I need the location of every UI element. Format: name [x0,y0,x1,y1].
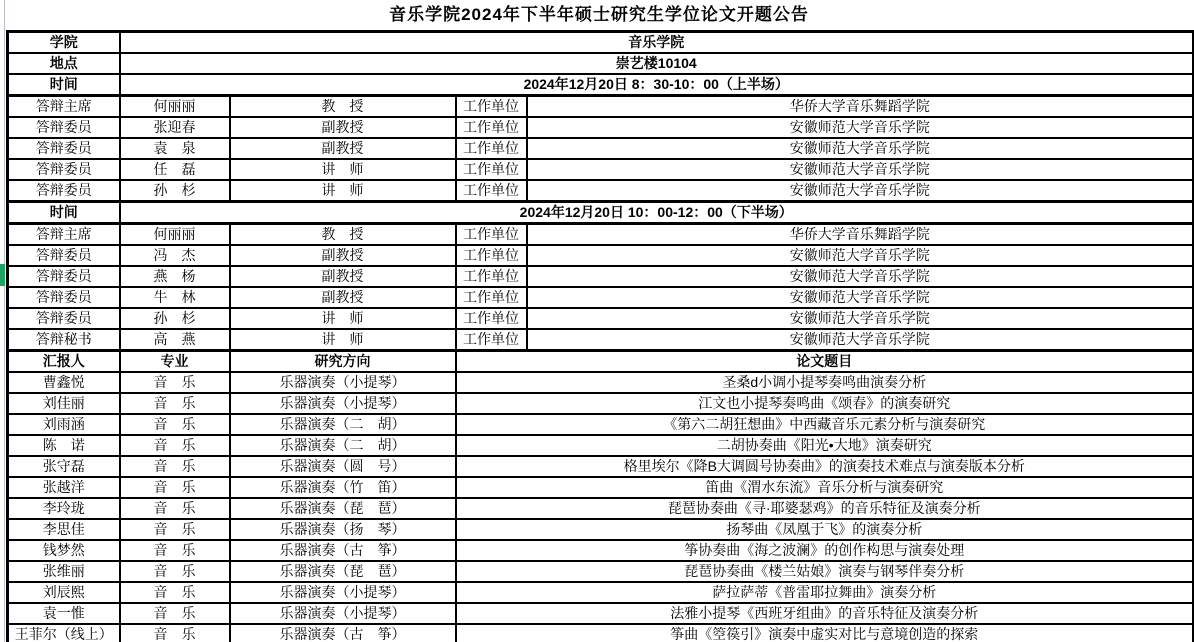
member-role-cell[interactable]: 答辩委员 [8,159,120,180]
member-title-cell[interactable]: 副教授 [230,266,456,287]
student-direction-cell[interactable]: 乐器演奏（古 筝） [230,540,456,561]
student-major-cell[interactable]: 音 乐 [120,582,230,603]
student-direction-cell[interactable]: 乐器演奏（竹 笛） [230,477,456,498]
committee-member-row: 答辩委员 燕 杨 副教授 工作单位 安徽师范大学音乐学院 [8,266,1194,287]
student-row: 刘雨涵 音 乐 乐器演奏（二 胡） 《第六二胡狂想曲》中西藏音乐元素分析与演奏研… [8,414,1194,435]
student-direction-cell[interactable]: 乐器演奏（圆 号） [230,456,456,477]
member-role-cell[interactable]: 答辩委员 [8,138,120,159]
work-unit-cell[interactable]: 华侨大学音乐舞蹈学院 [527,224,1194,246]
work-unit-label-cell[interactable]: 工作单位 [456,224,527,246]
member-title-cell[interactable]: 副教授 [230,117,456,138]
committee-member-row: 答辩委员 袁 泉 副教授 工作单位 安徽师范大学音乐学院 [8,138,1194,159]
row-label-cell[interactable]: 地点 [8,53,120,74]
student-thesis-cell[interactable]: 法雅小提琴《西班牙组曲》的音乐特征及演奏分析 [456,603,1194,624]
student-row: 王菲尔（线上） 音 乐 乐器演奏（古 筝） 筝曲《箜篌引》演奏中虚实对比与意境创… [8,624,1194,642]
member-role-cell[interactable]: 答辩秘书 [8,329,120,351]
work-unit-cell[interactable]: 安徽师范大学音乐学院 [527,329,1194,351]
header-direction-cell[interactable]: 研究方向 [230,351,456,373]
committee-member-row: 答辩委员 张迎春 副教授 工作单位 安徽师范大学音乐学院 [8,117,1194,138]
student-major-cell[interactable]: 音 乐 [120,477,230,498]
committee-member-row: 答辩委员 任 磊 讲 师 工作单位 安徽师范大学音乐学院 [8,159,1194,180]
member-name-cell[interactable]: 孙 杉 [120,180,230,202]
student-major-cell[interactable]: 音 乐 [120,456,230,477]
member-role-cell[interactable]: 答辩委员 [8,308,120,329]
student-name-cell[interactable]: 刘辰熙 [8,582,120,603]
student-direction-cell[interactable]: 乐器演奏（扬 琴） [230,519,456,540]
member-title-cell[interactable]: 教 授 [230,96,456,118]
spreadsheet: 音乐学院2024年下半年硕士研究生学位论文开题公告 学院 音乐学院 地点 崇艺楼… [0,0,1194,642]
member-name-cell[interactable]: 牛 林 [120,287,230,308]
work-unit-cell[interactable]: 安徽师范大学音乐学院 [527,180,1194,202]
info-row: 时间 2024年12月20日 10：00-12：00（下半场） [8,202,1194,224]
student-major-cell[interactable]: 音 乐 [120,540,230,561]
member-role-cell[interactable]: 答辩委员 [8,287,120,308]
student-direction-cell[interactable]: 乐器演奏（二 胡） [230,414,456,435]
member-title-cell[interactable]: 讲 师 [230,159,456,180]
work-unit-label-cell[interactable]: 工作单位 [456,96,527,118]
student-name-cell[interactable]: 陈 诺 [8,435,120,456]
member-title-cell[interactable]: 副教授 [230,287,456,308]
student-direction-cell[interactable]: 乐器演奏（小提琴） [230,603,456,624]
member-name-cell[interactable]: 袁 泉 [120,138,230,159]
student-major-cell[interactable]: 音 乐 [120,519,230,540]
student-thesis-cell[interactable]: 琵琶协奏曲《寻·耶婆瑟鸡》的音乐特征及演奏分析 [456,498,1194,519]
work-unit-cell[interactable]: 安徽师范大学音乐学院 [527,117,1194,138]
student-name-cell[interactable]: 张越洋 [8,477,120,498]
committee-member-row: 答辩委员 孙 杉 讲 师 工作单位 安徽师范大学音乐学院 [8,308,1194,329]
member-name-cell[interactable]: 高 燕 [120,329,230,351]
student-row: 袁一惟 音 乐 乐器演奏（小提琴） 法雅小提琴《西班牙组曲》的音乐特征及演奏分析 [8,603,1194,624]
student-direction-cell[interactable]: 乐器演奏（小提琴） [230,582,456,603]
work-unit-label-cell[interactable]: 工作单位 [456,266,527,287]
work-unit-label-cell[interactable]: 工作单位 [456,308,527,329]
student-direction-cell[interactable]: 乐器演奏（小提琴） [230,372,456,393]
member-title-cell[interactable]: 讲 师 [230,329,456,351]
work-unit-cell[interactable]: 华侨大学音乐舞蹈学院 [527,96,1194,118]
student-direction-cell[interactable]: 乐器演奏（二 胡） [230,435,456,456]
student-name-cell[interactable]: 李思佳 [8,519,120,540]
student-thesis-cell[interactable]: 筝曲《箜篌引》演奏中虚实对比与意境创造的探索 [456,624,1194,642]
student-major-cell[interactable]: 音 乐 [120,624,230,642]
work-unit-label-cell[interactable]: 工作单位 [456,159,527,180]
member-title-cell[interactable]: 讲 师 [230,308,456,329]
student-name-cell[interactable]: 张维丽 [8,561,120,582]
students-header-row: 汇报人 专业 研究方向 论文题目 [8,351,1194,373]
student-major-cell[interactable]: 音 乐 [120,414,230,435]
work-unit-cell[interactable]: 安徽师范大学音乐学院 [527,159,1194,180]
work-unit-cell[interactable]: 安徽师范大学音乐学院 [527,287,1194,308]
member-title-cell[interactable]: 副教授 [230,245,456,266]
info-row: 地点 崇艺楼10104 [8,53,1194,74]
header-reporter-cell[interactable]: 汇报人 [8,351,120,373]
student-thesis-cell[interactable]: 筝协奏曲《海之波澜》的创作构思与演奏处理 [456,540,1194,561]
work-unit-cell[interactable]: 安徽师范大学音乐学院 [527,245,1194,266]
student-row: 陈 诺 音 乐 乐器演奏（二 胡） 二胡协奏曲《阳光•大地》演奏研究 [8,435,1194,456]
member-role-cell[interactable]: 答辩委员 [8,266,120,287]
student-major-cell[interactable]: 音 乐 [120,393,230,414]
student-thesis-cell[interactable]: 萨拉萨蒂《普雷耶拉舞曲》演奏分析 [456,582,1194,603]
student-major-cell[interactable]: 音 乐 [120,435,230,456]
student-thesis-cell[interactable]: 江文也小提琴奏鸣曲《颂春》的演奏研究 [456,393,1194,414]
member-name-cell[interactable]: 何丽丽 [120,224,230,246]
work-unit-label-cell[interactable]: 工作单位 [456,287,527,308]
member-name-cell[interactable]: 孙 杉 [120,308,230,329]
student-name-cell[interactable]: 张守磊 [8,456,120,477]
student-name-cell[interactable]: 袁一惟 [8,603,120,624]
member-name-cell[interactable]: 任 磊 [120,159,230,180]
student-row: 张维丽 音 乐 乐器演奏（琵 琶） 琵琶协奏曲《楼兰姑娘》演奏与钢琴伴奏分析 [8,561,1194,582]
info-row: 学院 音乐学院 [8,32,1194,54]
student-direction-cell[interactable]: 乐器演奏（琵 琶） [230,498,456,519]
row-value-cell[interactable]: 2024年12月20日 10：00-12：00（下半场） [120,202,1194,224]
member-role-cell[interactable]: 答辩主席 [8,224,120,246]
student-major-cell[interactable]: 音 乐 [120,561,230,582]
work-unit-cell[interactable]: 安徽师范大学音乐学院 [527,138,1194,159]
member-title-cell[interactable]: 讲 师 [230,180,456,202]
member-role-cell[interactable]: 答辩委员 [8,117,120,138]
work-unit-label-cell[interactable]: 工作单位 [456,138,527,159]
student-name-cell[interactable]: 刘雨涵 [8,414,120,435]
sheet-edge-line [4,0,5,642]
member-name-cell[interactable]: 何丽丽 [120,96,230,118]
work-unit-label-cell[interactable]: 工作单位 [456,329,527,351]
student-thesis-cell[interactable]: 扬琴曲《凤凰于飞》的演奏分析 [456,519,1194,540]
committee-member-row: 答辩主席 何丽丽 教 授 工作单位 华侨大学音乐舞蹈学院 [8,96,1194,118]
member-name-cell[interactable]: 冯 杰 [120,245,230,266]
student-direction-cell[interactable]: 乐器演奏（琵 琶） [230,561,456,582]
info-row: 时间 2024年12月20日 8：30-10：00（上半场） [8,74,1194,96]
student-row: 张越洋 音 乐 乐器演奏（竹 笛） 笛曲《渭水东流》音乐分析与演奏研究 [8,477,1194,498]
row-value-cell[interactable]: 音乐学院 [120,32,1194,54]
member-role-cell[interactable]: 答辩委员 [8,245,120,266]
student-thesis-cell[interactable]: 琵琶协奏曲《楼兰姑娘》演奏与钢琴伴奏分析 [456,561,1194,582]
student-row: 李思佳 音 乐 乐器演奏（扬 琴） 扬琴曲《凤凰于飞》的演奏分析 [8,519,1194,540]
student-thesis-cell[interactable]: 笛曲《渭水东流》音乐分析与演奏研究 [456,477,1194,498]
student-thesis-cell[interactable]: 圣桑d小调小提琴奏鸣曲演奏分析 [456,372,1194,393]
student-row: 刘辰熙 音 乐 乐器演奏（小提琴） 萨拉萨蒂《普雷耶拉舞曲》演奏分析 [8,582,1194,603]
committee-member-row: 答辩委员 冯 杰 副教授 工作单位 安徽师范大学音乐学院 [8,245,1194,266]
announcement-table: 学院 音乐学院 地点 崇艺楼10104 时间 2024年12月20日 8：30-… [6,30,1194,642]
committee-member-row: 答辩主席 何丽丽 教 授 工作单位 华侨大学音乐舞蹈学院 [8,224,1194,246]
work-unit-cell[interactable]: 安徽师范大学音乐学院 [527,266,1194,287]
student-thesis-cell[interactable]: 《第六二胡狂想曲》中西藏音乐元素分析与演奏研究 [456,414,1194,435]
row-value-cell[interactable]: 2024年12月20日 8：30-10：00（上半场） [120,74,1194,96]
student-direction-cell[interactable]: 乐器演奏（古 筝） [230,624,456,642]
committee-member-row: 答辩秘书 高 燕 讲 师 工作单位 安徽师范大学音乐学院 [8,329,1194,351]
member-role-cell[interactable]: 答辩主席 [8,96,120,118]
header-major-cell[interactable]: 专业 [120,351,230,373]
header-thesis-title-cell[interactable]: 论文题目 [456,351,1194,373]
row-label-cell[interactable]: 时间 [8,74,120,96]
member-name-cell[interactable]: 张迎春 [120,117,230,138]
student-name-cell[interactable]: 钱梦然 [8,540,120,561]
student-name-cell[interactable]: 曹鑫悦 [8,372,120,393]
student-row: 曹鑫悦 音 乐 乐器演奏（小提琴） 圣桑d小调小提琴奏鸣曲演奏分析 [8,372,1194,393]
announcement-document: 音乐学院2024年下半年硕士研究生学位论文开题公告 学院 音乐学院 地点 崇艺楼… [6,0,1192,642]
member-title-cell[interactable]: 副教授 [230,138,456,159]
student-major-cell[interactable]: 音 乐 [120,372,230,393]
row-value-cell[interactable]: 崇艺楼10104 [120,53,1194,74]
student-major-cell[interactable]: 音 乐 [120,603,230,624]
member-name-cell[interactable]: 燕 杨 [120,266,230,287]
row-label-cell[interactable]: 时间 [8,202,120,224]
student-thesis-cell[interactable]: 二胡协奏曲《阳光•大地》演奏研究 [456,435,1194,456]
row-label-cell[interactable]: 学院 [8,32,120,54]
student-row: 张守磊 音 乐 乐器演奏（圆 号） 格里埃尔《降B大调圆号协奏曲》的演奏技术难点… [8,456,1194,477]
student-major-cell[interactable]: 音 乐 [120,498,230,519]
work-unit-label-cell[interactable]: 工作单位 [456,180,527,202]
work-unit-label-cell[interactable]: 工作单位 [456,117,527,138]
student-row: 钱梦然 音 乐 乐器演奏（古 筝） 筝协奏曲《海之波澜》的创作构思与演奏处理 [8,540,1194,561]
student-name-cell[interactable]: 李玲珑 [8,498,120,519]
member-title-cell[interactable]: 教 授 [230,224,456,246]
student-row: 李玲珑 音 乐 乐器演奏（琵 琶） 琵琶协奏曲《寻·耶婆瑟鸡》的音乐特征及演奏分… [8,498,1194,519]
committee-member-row: 答辩委员 牛 林 副教授 工作单位 安徽师范大学音乐学院 [8,287,1194,308]
student-direction-cell[interactable]: 乐器演奏（小提琴） [230,393,456,414]
work-unit-cell[interactable]: 安徽师范大学音乐学院 [527,308,1194,329]
student-name-cell[interactable]: 王菲尔（线上） [8,624,120,642]
student-name-cell[interactable]: 刘佳丽 [8,393,120,414]
member-role-cell[interactable]: 答辩委员 [8,180,120,202]
work-unit-label-cell[interactable]: 工作单位 [456,245,527,266]
selected-cell-indicator [0,264,5,286]
student-row: 刘佳丽 音 乐 乐器演奏（小提琴） 江文也小提琴奏鸣曲《颂春》的演奏研究 [8,393,1194,414]
committee-member-row: 答辩委员 孙 杉 讲 师 工作单位 安徽师范大学音乐学院 [8,180,1194,202]
page-title: 音乐学院2024年下半年硕士研究生学位论文开题公告 [6,0,1192,30]
student-thesis-cell[interactable]: 格里埃尔《降B大调圆号协奏曲》的演奏技术难点与演奏版本分析 [456,456,1194,477]
